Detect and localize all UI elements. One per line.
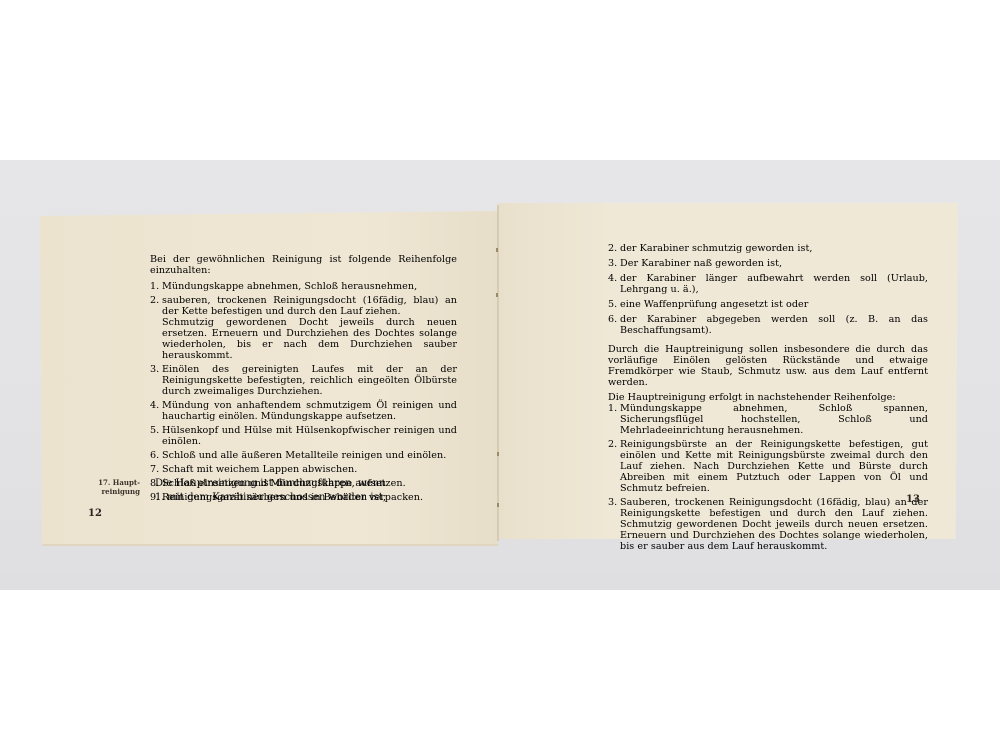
staple-mark (496, 293, 498, 297)
main-cleaning-intro-block: Die Hauptreinigung ist durchzuführen, we… (155, 477, 455, 505)
item-text: der Karabiner länger aufbewahrt werden s… (620, 273, 928, 295)
item-text: Schaft mit weichem Lappen abwischen. (162, 464, 357, 475)
staple-mark (497, 503, 499, 507)
routine-cleaning-steps: 1.Mündungskappe abnehmen, Schloß herausn… (150, 281, 457, 503)
condition-item: 3.Der Karabiner naß geworden ist, (608, 258, 928, 269)
staple-mark (496, 248, 498, 252)
cleaning-step: 2.Reinigungsbürste an der Reinigungskett… (608, 439, 928, 494)
cleaning-step: 5.Hülsenkopf und Hülse mit Hülsenkopfwis… (150, 425, 457, 447)
item-number: 1. (608, 403, 617, 414)
item-text: Reinigungsbürste an der Reinigungskette … (620, 439, 928, 494)
item-text: Mündungskappe abnehmen, Schloß spannen, … (620, 403, 928, 436)
item-number: 3. (608, 497, 617, 508)
condition-item: 6.der Karabiner abgegeben werden soll (z… (608, 314, 928, 336)
cleaning-intro: Bei der gewöhnlichen Reinigung ist folge… (150, 254, 457, 276)
main-cleaning-sequence-intro: Die Hauptreinigung erfolgt in nachstehen… (608, 392, 928, 403)
item-number: 2. (150, 295, 159, 306)
item-number: 1. (150, 281, 159, 292)
item-number: 2. (608, 243, 617, 254)
item-text: mit dem Karabiner geschossen worden ist, (167, 492, 386, 503)
condition-item: 2.der Karabiner schmutzig geworden ist, (608, 243, 928, 254)
condition-item: 5.eine Waffenprüfung angesetzt ist oder (608, 299, 928, 310)
item-text: der Karabiner schmutzig geworden ist, (620, 243, 812, 254)
item-number: 5. (150, 425, 159, 436)
booklet-spine (497, 205, 499, 541)
cleaning-step: 2.sauberen, trockenen Reinigungsdocht (1… (150, 295, 457, 361)
staple-mark (497, 452, 499, 456)
left-page-body: Bei der gewöhnlichen Reinigung ist folge… (150, 254, 457, 506)
item-text: Hülsenkopf und Hülse mit Hülsenkopfwisch… (162, 425, 457, 447)
cleaning-step: 3.Sauberen, trockenen Reinigungsdocht (1… (608, 497, 928, 552)
cleaning-step: 4.Mündung von anhaftendem schmutzigem Öl… (150, 400, 457, 422)
item-text: der Karabiner abgegeben werden soll (z. … (620, 314, 928, 336)
cleaning-step: 1.Mündungskappe abnehmen, Schloß herausn… (150, 281, 457, 292)
cleaning-step: 6.Schloß und alle äußeren Metallteile re… (150, 450, 457, 461)
page-number-left: 12 (88, 508, 102, 519)
cleaning-step: 3.Einölen des gereinigten Laufes mit der… (150, 364, 457, 397)
right-page-body: 2.der Karabiner schmutzig geworden ist,3… (608, 243, 928, 555)
item-text: eine Waffenprüfung angesetzt ist oder (620, 299, 808, 310)
item-number: 6. (150, 450, 159, 461)
item-number: 1. (155, 491, 165, 505)
item-text: Mündungskappe abnehmen, Schloß herausneh… (162, 281, 417, 292)
item-number: 3. (608, 258, 617, 269)
condition-item: 1.mit dem Karabiner geschossen worden is… (155, 491, 455, 505)
item-number: 4. (608, 273, 617, 284)
item-number: 5. (608, 299, 617, 310)
cleaning-step: 7.Schaft mit weichem Lappen abwischen. (150, 464, 457, 475)
item-continuation: Schmutzig gewordenen Docht jeweils durch… (162, 317, 457, 361)
item-number: 6. (608, 314, 617, 325)
item-text: Mündung von anhaftendem schmutzigem Öl r… (162, 400, 457, 422)
main-cleaning-purpose: Durch die Hauptreinigung sollen insbeson… (608, 344, 928, 388)
item-text: Einölen des gereinigten Laufes mit der a… (162, 364, 457, 397)
main-cleaning-steps: 1.Mündungskappe abnehmen, Schloß spannen… (608, 403, 928, 552)
section-label: 17. Haupt- reinigung (88, 478, 140, 496)
item-text: sauberen, trockenen Reinigungsdocht (16f… (162, 295, 457, 317)
main-cleaning-intro: Die Hauptreinigung ist durchzuführen, we… (155, 477, 455, 491)
item-number: 3. (150, 364, 159, 375)
item-text: Sauberen, trockenen Reinigungsdocht (16f… (620, 497, 928, 552)
page-number-right: 13 (906, 494, 920, 505)
cleaning-step: 1.Mündungskappe abnehmen, Schloß spannen… (608, 403, 928, 436)
item-number: 4. (150, 400, 159, 411)
condition-item: 4.der Karabiner länger aufbewahrt werden… (608, 273, 928, 295)
item-text: Schloß und alle äußeren Metallteile rein… (162, 450, 446, 461)
main-cleaning-conditions-right: 2.der Karabiner schmutzig geworden ist,3… (608, 243, 928, 336)
item-number: 7. (150, 464, 159, 475)
item-number: 2. (608, 439, 617, 450)
main-cleaning-conditions-left: 1.mit dem Karabiner geschossen worden is… (155, 491, 455, 505)
item-text: Der Karabiner naß geworden ist, (620, 258, 782, 269)
